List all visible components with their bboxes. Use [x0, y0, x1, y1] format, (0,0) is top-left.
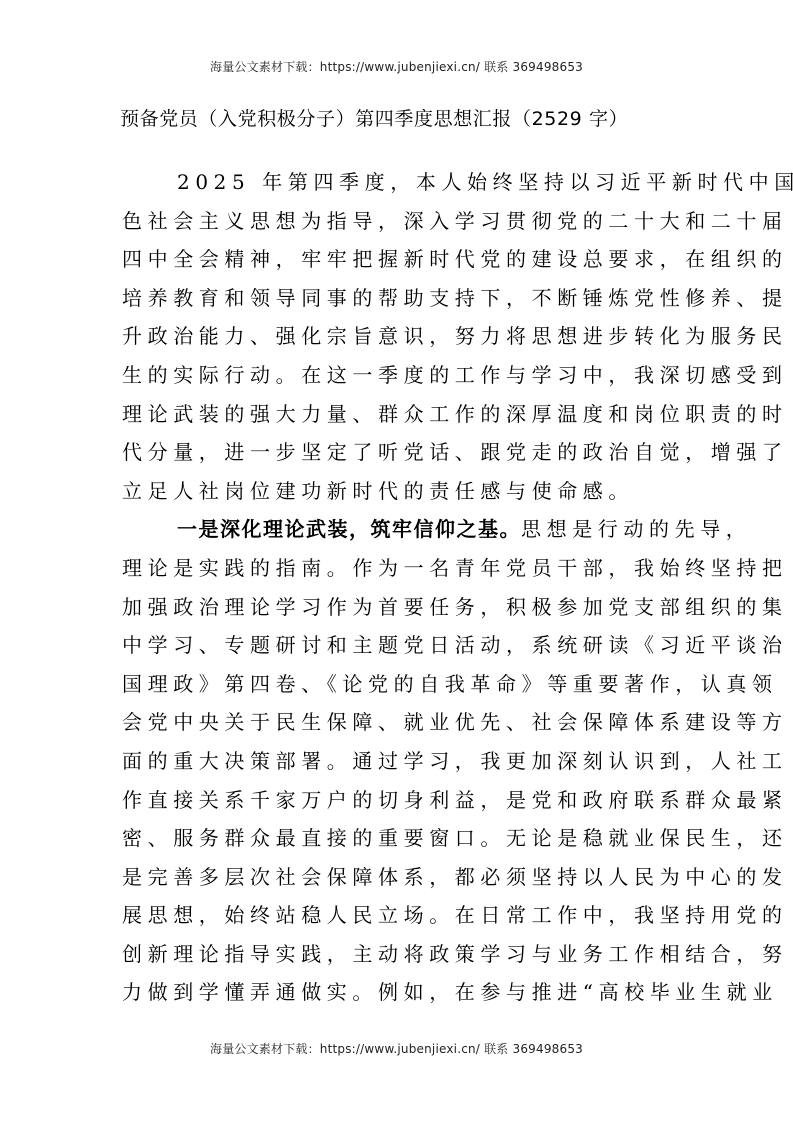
text-line: 力做到学懂弄通做实。例如，在参与推进“高校毕业生就业	[122, 973, 673, 1012]
text-line: 理论是实践的指南。作为一名青年党员干部，我始终坚持把	[122, 549, 673, 588]
text-line: 密、服务群众最直接的重要窗口。无论是稳就业保民生，还	[122, 819, 673, 858]
text-line: 会党中央关于民生保障、就业优先、社会保障体系建设等方	[122, 703, 673, 742]
text-line: 创新理论指导实践，主动将政策学习与业务工作相结合，努	[122, 935, 673, 974]
text-line: 作直接关系千家万户的切身利益，是党和政府联系群众最紧	[122, 781, 673, 820]
text-line: 立足人社岗位建功新时代的责任感与使命感。	[122, 472, 673, 511]
text-line: 理论武装的强大力量、群众工作的深厚温度和岗位职责的时	[122, 395, 673, 434]
text-line: 生的实际行动。在这一季度的工作与学习中，我深切感受到	[122, 356, 673, 395]
paragraph-intro: 2025 年第四季度，本人始终坚持以习近平新时代中国特 色社会主义思想为指导，深…	[122, 163, 673, 510]
text-line: 一是深化理论武装，筑牢信仰之基。思想是行动的先导，	[122, 510, 673, 549]
footer-text: 海量公文素材下载：https://www.jubenjiexi.cn/ 联系 3…	[210, 1042, 583, 1056]
text-line: 代分量，进一步坚定了听党话、跟党走的政治自觉，增强了	[122, 433, 673, 472]
text-line: 中学习、专题研讨和主题党日活动，系统研读《习近平谈治	[122, 626, 673, 665]
text-line: 国理政》第四卷、《论党的自我革命》等重要著作，认真领	[122, 665, 673, 704]
text-fragment: 思想是行动的先导，	[521, 517, 751, 541]
text-line: 展思想，始终站稳人民立场。在日常工作中，我坚持用党的	[122, 896, 673, 935]
text-line: 色社会主义思想为指导，深入学习贯彻党的二十大和二十届	[122, 202, 673, 241]
text-line: 加强政治理论学习作为首要任务，积极参加党支部组织的集	[122, 588, 673, 627]
text-line: 培养教育和领导同事的帮助支持下，不断锤炼党性修养、提	[122, 279, 673, 318]
text-line: 四中全会精神，牢牢把握新时代党的建设总要求，在组织的	[122, 240, 673, 279]
text-line: 面的重大决策部署。通过学习，我更加深刻认识到，人社工	[122, 742, 673, 781]
text-line: 2025 年第四季度，本人始终坚持以习近平新时代中国特	[122, 163, 673, 202]
section-heading: 一是深化理论武装，筑牢信仰之基。	[177, 517, 521, 541]
text-line: 升政治能力、强化宗旨意识，努力将思想进步转化为服务民	[122, 317, 673, 356]
document-title: 预备党员（入党积极分子）第四季度思想汇报（2529 字）	[120, 104, 720, 131]
text-line: 是完善多层次社会保障体系，都必须坚持以人民为中心的发	[122, 858, 673, 897]
page-header: 海量公文素材下载：https://www.jubenjiexi.cn/ 联系 3…	[0, 58, 793, 75]
header-text: 海量公文素材下载：https://www.jubenjiexi.cn/ 联系 3…	[210, 60, 583, 74]
paragraph-theory: 一是深化理论武装，筑牢信仰之基。思想是行动的先导， 理论是实践的指南。作为一名青…	[122, 510, 673, 1012]
page-footer: 海量公文素材下载：https://www.jubenjiexi.cn/ 联系 3…	[0, 1040, 793, 1057]
document-body: 2025 年第四季度，本人始终坚持以习近平新时代中国特 色社会主义思想为指导，深…	[122, 163, 673, 1012]
